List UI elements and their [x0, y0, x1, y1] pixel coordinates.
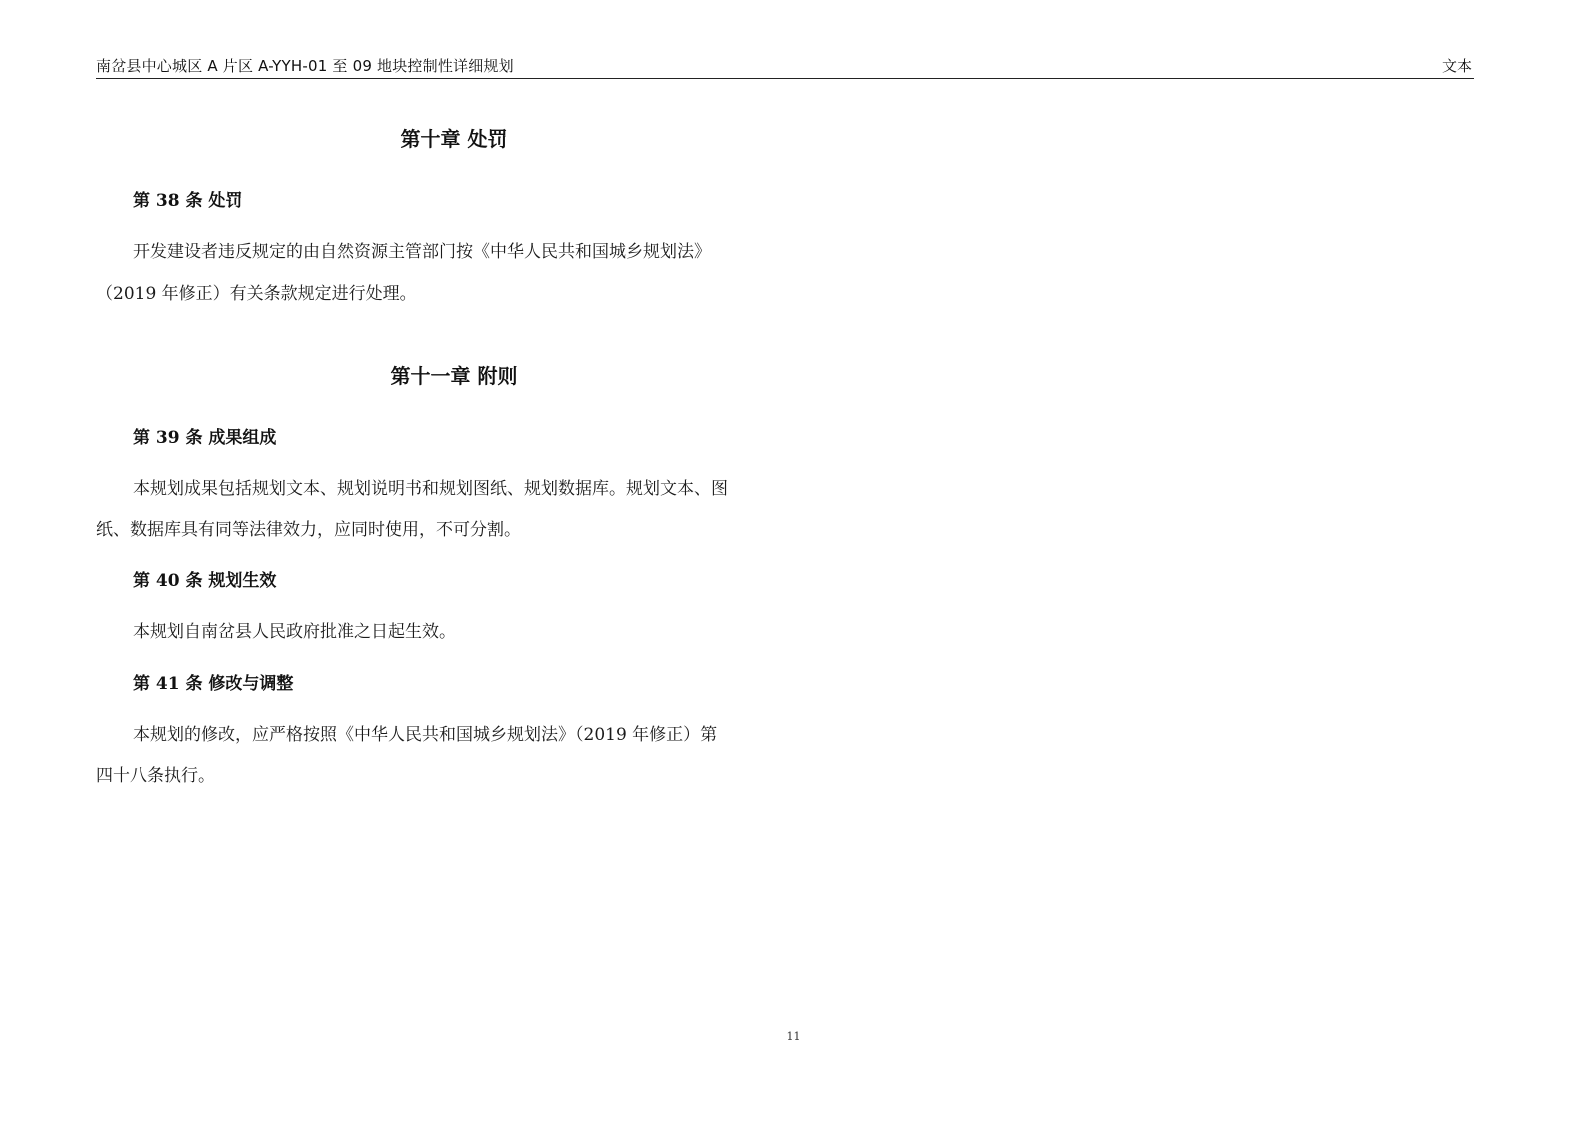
- paragraph-line: 四十八条执行。: [96, 765, 215, 787]
- document-type-label: 文本: [1442, 56, 1472, 76]
- article-title: 第 39 条 成果组成: [133, 427, 276, 449]
- paragraph-line: （2019 年修正）有关条款规定进行处理。: [96, 283, 417, 305]
- paragraph-line: 本规划成果包括规划文本、规划说明书和规划图纸、规划数据库。规划文本、图: [133, 478, 728, 500]
- paragraph-line: 本规划自南岔县人民政府批准之日起生效。: [133, 621, 456, 643]
- page-number: 11: [0, 1030, 1587, 1043]
- article-title: 第 41 条 修改与调整: [133, 673, 293, 695]
- document-title: 南岔县中心城区 A 片区 A-YYH-01 至 09 地块控制性详细规划: [96, 56, 514, 76]
- paragraph-line: 本规划的修改，应严格按照《中华人民共和国城乡规划法》（2019 年修正）第: [133, 724, 717, 746]
- article-title: 第 38 条 处罚: [133, 190, 242, 212]
- article-title: 第 40 条 规划生效: [133, 570, 276, 592]
- chapter-title: 第十章 处罚: [96, 127, 812, 151]
- paragraph-line: 纸、数据库具有同等法律效力，应同时使用，不可分割。: [96, 519, 521, 541]
- paragraph-line: 开发建设者违反规定的由自然资源主管部门按《中华人民共和国城乡规划法》: [133, 241, 711, 263]
- page-header: 南岔县中心城区 A 片区 A-YYH-01 至 09 地块控制性详细规划 文本: [96, 56, 1474, 79]
- chapter-title: 第十一章 附则: [96, 364, 812, 388]
